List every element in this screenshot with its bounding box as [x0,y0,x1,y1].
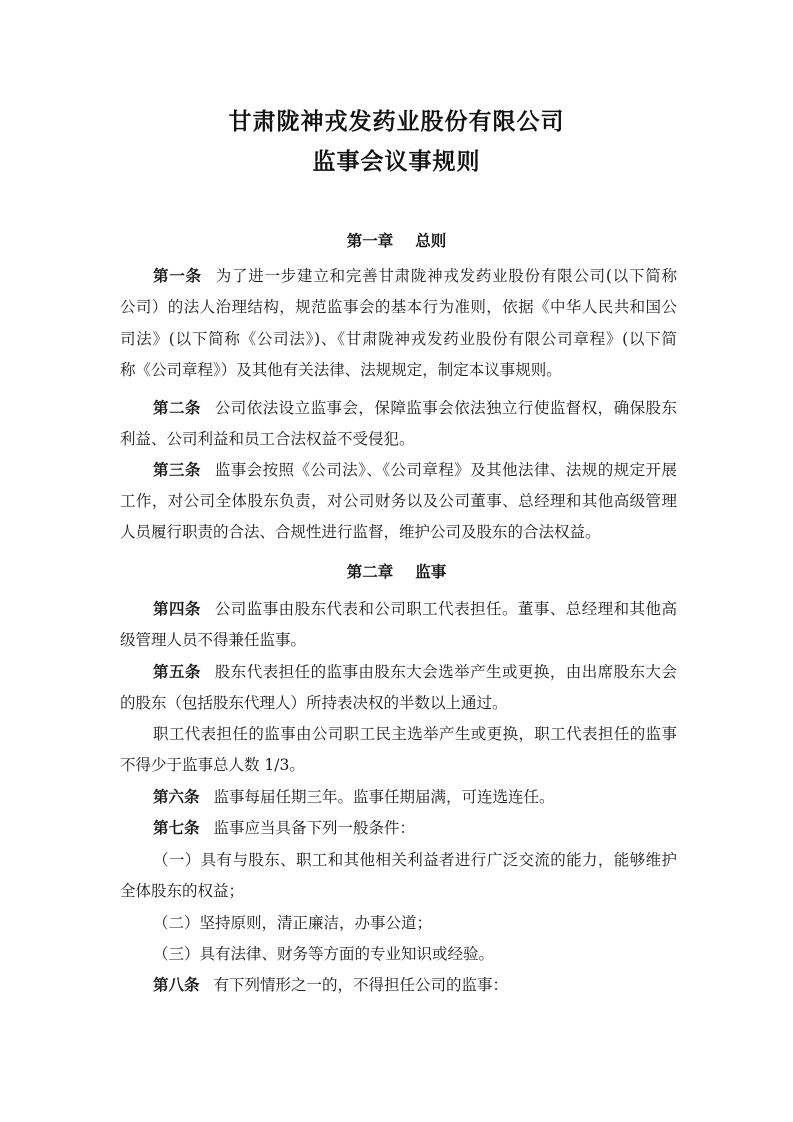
article-2-line-2: 利益、公司利益和员工合法权益不受侵犯。 [120,428,677,450]
article-3-line-2: 工作，对公司全体股东负责，对公司财务以及公司董事、总经理和其他高级管理 [120,490,677,512]
chapter-name: 总则 [415,232,446,250]
article-5-line-1: 第五条股东代表担任的监事由股东大会选举产生或更换，由出席股东大会 [153,661,677,683]
article-text: 公司监事由股东代表和公司职工代表担任。董事、总经理和其他高 [215,600,677,618]
article-text: 监事应当具备下列一般条件： [214,819,416,837]
company-title: 甘肃陇神戎发药业股份有限公司 [0,103,793,136]
article-label: 第三条 [153,461,201,479]
article-1-line-2: 公司）的法人治理结构，规范监事会的基本行为准则，依据《中华人民共和国公 [120,296,677,318]
article-text: 股东代表担任的监事由股东大会选举产生或更换，由出席股东大会 [215,663,677,681]
chapter-label: 第一章 [347,232,394,250]
article-1-line-4: 称《公司章程》）及其他有关法律、法规规定，制定本议事规则。 [120,359,677,381]
article-text: 公司依法设立监事会，保障监事会依法独立行使监督权，确保股东 [215,399,677,417]
article-label: 第五条 [153,663,201,681]
chapter-heading-2: 第二章监事 [0,560,793,582]
article-label: 第一条 [153,267,202,285]
article-1-line-3: 司法》(以下简称《公司法》)、《甘肃陇神戎发药业股份有限公司章程》(以下简 [120,328,677,350]
article-3-line-3: 人员履行职责的合法、合规性进行监督，维护公司及股东的合法权益。 [120,521,677,543]
article-5-para-2-line-1: 职工代表担任的监事由公司职工民主选举产生或更换，职工代表担任的监事 [153,723,677,745]
article-7-line-1: 第七条监事应当具备下列一般条件： [153,817,677,839]
article-2-line-1: 第二条公司依法设立监事会，保障监事会依法独立行使监督权，确保股东 [153,397,677,419]
article-7-item-2: （二）坚持原则，清正廉洁，办事公道； [153,912,677,934]
article-8-line-1: 第八条有下列情形之一的，不得担任公司的监事： [153,974,677,996]
article-label: 第四条 [153,600,201,618]
article-label: 第六条 [153,788,200,806]
chapter-label: 第二章 [347,563,394,581]
article-5-para-2-line-2: 不得少于监事总人数 1/3。 [120,754,677,776]
article-5-line-2: 的股东（包括股东代理人）所持表决权的半数以上通过。 [120,692,677,714]
article-7-item-3: （三）具有法律、财务等方面的专业知识或经验。 [153,943,677,965]
document-title: 监事会议事规则 [0,143,793,176]
article-text: 有下列情形之一的，不得担任公司的监事： [214,976,509,994]
article-1-line-1: 第一条为了进一步建立和完善甘肃陇神戎发药业股份有限公司(以下简称 [153,265,677,287]
document-page: 甘肃陇神戎发药业股份有限公司 监事会议事规则 第一章总则 第一条为了进一步建立和… [0,0,793,1122]
article-4-line-2: 级管理人员不得兼任监事。 [120,629,677,651]
article-7-item-1-line-1: （一）具有与股东、职工和其他相关利益者进行广泛交流的能力，能够维护 [153,849,677,871]
article-text: 为了进一步建立和完善甘肃陇神戎发药业股份有限公司(以下简称 [216,267,677,285]
article-text: 监事会按照《公司法》、《公司章程》及其他法律、法规的规定开展 [215,461,677,479]
article-label: 第八条 [153,976,200,994]
chapter-name: 监事 [415,563,446,581]
article-text: 监事每届任期三年。监事任期届满，可连选连任。 [214,788,555,806]
article-7-item-1-line-2: 全体股东的权益； [120,880,677,902]
chapter-heading-1: 第一章总则 [0,229,793,251]
article-label: 第二条 [153,399,201,417]
article-3-line-1: 第三条监事会按照《公司法》、《公司章程》及其他法律、法规的规定开展 [153,459,677,481]
article-6-line-1: 第六条监事每届任期三年。监事任期届满，可连选连任。 [153,786,677,808]
article-label: 第七条 [153,819,200,837]
article-4-line-1: 第四条公司监事由股东代表和公司职工代表担任。董事、总经理和其他高 [153,598,677,620]
